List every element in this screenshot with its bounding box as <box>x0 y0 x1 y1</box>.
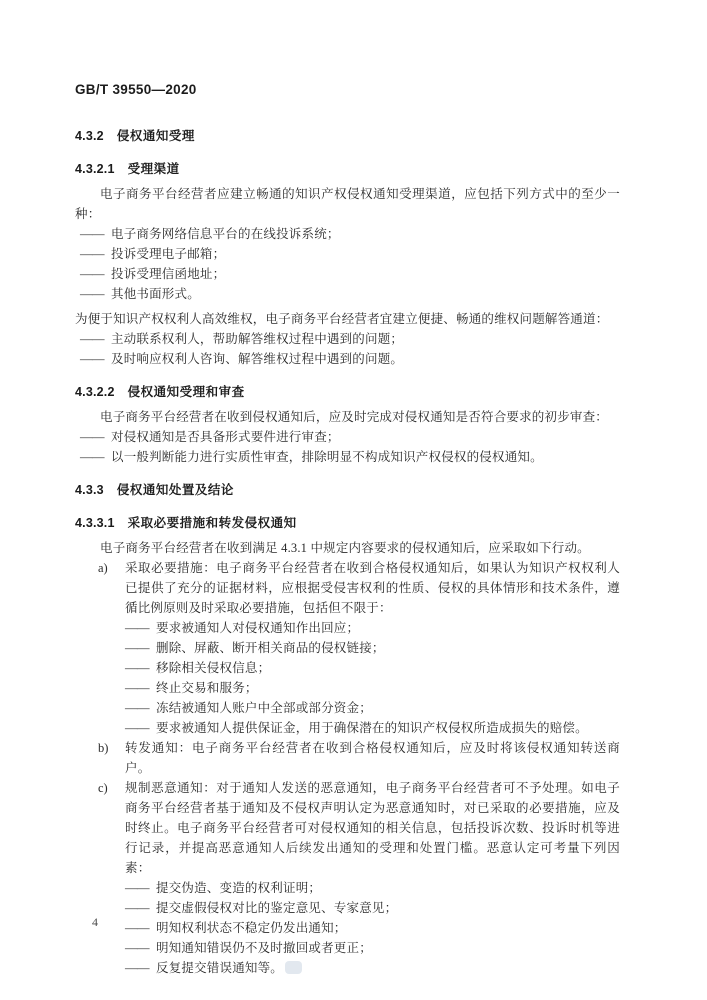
dash-prefix: —— <box>125 661 149 675</box>
paragraph-channels-intro: 电子商务平台经营者应建立畅通的知识产权侵权通知受理渠道，应包括下列方式中的至少一… <box>75 184 620 224</box>
section-heading-4-3-3: 4.3.3侵权通知处置及结论 <box>75 480 620 500</box>
list-item-text: 冻结被通知人账户中全部或部分资金； <box>156 701 372 715</box>
list-item-text: 投诉受理电子邮箱； <box>111 247 225 261</box>
section-number: 4.3.2.1 <box>75 162 115 176</box>
list-item: ——提交虚假侵权对比的鉴定意见、专家意见； <box>75 898 620 918</box>
dash-prefix: —— <box>80 332 104 346</box>
standard-code-header: GB/T 39550—2020 <box>75 80 620 100</box>
ordered-item-label: c) <box>98 778 125 878</box>
list-item: ——电子商务网络信息平台的在线投诉系统； <box>75 224 620 244</box>
list-item-text: 主动联系权利人，帮助解答维权过程中遇到的问题； <box>111 332 403 346</box>
dash-prefix: —— <box>80 287 104 301</box>
section-heading-4-3-2-2: 4.3.2.2侵权通知受理和审查 <box>75 382 620 402</box>
dash-prefix: —— <box>125 921 149 935</box>
list-item-text: 终止交易和服务； <box>156 681 258 695</box>
list-item: ——明知通知错误仍不及时撤回或者更正； <box>75 938 620 958</box>
list-item-text: 对侵权通知是否具备形式要件进行审查； <box>111 430 340 444</box>
paragraph-review-intro: 电子商务平台经营者在收到侵权通知后，应及时完成对侵权通知是否符合要求的初步审查： <box>75 407 620 427</box>
list-item: ——明知权利状态不稳定仍发出通知； <box>75 918 620 938</box>
ordered-item-a: a) 采取必要措施：电子商务平台经营者在收到合格侵权通知后，如果认为知识产权权利… <box>75 558 620 618</box>
dash-prefix: —— <box>125 941 149 955</box>
list-item: ——终止交易和服务； <box>75 678 620 698</box>
list-item: ——反复提交错误通知等。 <box>75 958 620 978</box>
section-heading-4-3-3-1: 4.3.3.1采取必要措施和转发侵权通知 <box>75 513 620 533</box>
section-number: 4.3.3.1 <box>75 516 115 530</box>
ordered-item-c: c) 规制恶意通知：对于通知人发送的恶意通知，电子商务平台经营者可不予处理。如电… <box>75 778 620 878</box>
list-item-text: 删除、屏蔽、断开相关商品的侵权链接； <box>156 641 385 655</box>
list-item-text: 反复提交错误通知等。 <box>156 961 283 975</box>
list-item: ——投诉受理电子邮箱； <box>75 244 620 264</box>
dash-prefix: —— <box>125 641 149 655</box>
dash-prefix: —— <box>80 430 104 444</box>
dash-prefix: —— <box>125 681 149 695</box>
list-item-text: 明知权利状态不稳定仍发出通知； <box>156 921 347 935</box>
section-number: 4.3.2.2 <box>75 385 115 399</box>
dash-prefix: —— <box>125 621 149 635</box>
dash-prefix: —— <box>80 247 104 261</box>
list-item: ——以一般判断能力进行实质性审查，排除明显不构成知识产权侵权的侵权通知。 <box>75 447 620 467</box>
list-item-text: 提交虚假侵权对比的鉴定意见、专家意见； <box>156 901 397 915</box>
list-item-text: 投诉受理信函地址； <box>111 267 225 281</box>
list-item-text: 要求被通知人提供保证金，用于确保潜在的知识产权侵权所造成损失的赔偿。 <box>156 721 588 735</box>
list-item: ——及时响应权利人咨询、解答维权过程中遇到的问题。 <box>75 349 620 369</box>
ordered-item-text: 规制恶意通知：对于通知人发送的恶意通知，电子商务平台经营者可不予处理。如电子商务… <box>125 778 620 878</box>
dash-prefix: —— <box>80 450 104 464</box>
list-item-text: 及时响应权利人咨询、解答维权过程中遇到的问题。 <box>111 352 403 366</box>
dash-prefix: —— <box>125 961 149 975</box>
list-item-text: 明知通知错误仍不及时撤回或者更正； <box>156 941 372 955</box>
list-item: ——冻结被通知人账户中全部或部分资金； <box>75 698 620 718</box>
list-item-text: 以一般判断能力进行实质性审查，排除明显不构成知识产权侵权的侵权通知。 <box>111 450 543 464</box>
ordered-item-text: 采取必要措施：电子商务平台经营者在收到合格侵权通知后，如果认为知识产权权利人已提… <box>125 558 620 618</box>
list-item: ——要求被通知人对侵权通知作出回应； <box>75 618 620 638</box>
list-item: ——提交伪造、变造的权利证明； <box>75 878 620 898</box>
list-item: ——投诉受理信函地址； <box>75 264 620 284</box>
dash-prefix: —— <box>80 352 104 366</box>
list-item-text: 要求被通知人对侵权通知作出回应； <box>156 621 359 635</box>
list-item-text: 移除相关侵权信息； <box>156 661 270 675</box>
dash-prefix: —— <box>125 721 149 735</box>
ordered-item-b: b) 转发通知：电子商务平台经营者在收到合格侵权通知后，应及时将该侵权通知转送商… <box>75 738 620 778</box>
list-item-text: 其他书面形式。 <box>111 287 200 301</box>
ordered-item-text: 转发通知：电子商务平台经营者在收到合格侵权通知后，应及时将该侵权通知转送商户。 <box>125 738 620 778</box>
list-item-text: 提交伪造、变造的权利证明； <box>156 881 321 895</box>
ordered-item-label: a) <box>98 558 125 618</box>
list-item: ——其他书面形式。 <box>75 284 620 304</box>
list-item: ——移除相关侵权信息； <box>75 658 620 678</box>
list-item: ——删除、屏蔽、断开相关商品的侵权链接； <box>75 638 620 658</box>
dash-prefix: —— <box>80 267 104 281</box>
ordered-item-label: b) <box>98 738 125 778</box>
dash-prefix: —— <box>80 227 104 241</box>
section-heading-4-3-2: 4.3.2侵权通知受理 <box>75 126 620 146</box>
list-item-text: 电子商务网络信息平台的在线投诉系统； <box>111 227 340 241</box>
list-item: ——要求被通知人提供保证金，用于确保潜在的知识产权侵权所造成损失的赔偿。 <box>75 718 620 738</box>
section-title: 侵权通知受理 <box>117 129 195 143</box>
list-item: ——对侵权通知是否具备形式要件进行审查； <box>75 427 620 447</box>
section-title: 采取必要措施和转发侵权通知 <box>128 516 297 530</box>
document-page: GB/T 39550—2020 4.3.2侵权通知受理 4.3.2.1受理渠道 … <box>0 0 707 1000</box>
section-heading-4-3-2-1: 4.3.2.1受理渠道 <box>75 159 620 179</box>
section-number: 4.3.2 <box>75 129 104 143</box>
page-number: 4 <box>92 912 98 932</box>
section-title: 侵权通知受理和审查 <box>128 385 245 399</box>
paragraph-qa-intro: 为便于知识产权权利人高效维权，电子商务平台经营者宜建立便捷、畅通的维权问题解答通… <box>75 309 620 329</box>
scan-smudge <box>285 961 302 974</box>
section-number: 4.3.3 <box>75 483 104 497</box>
dash-prefix: —— <box>125 701 149 715</box>
section-title: 受理渠道 <box>128 162 180 176</box>
list-item: ——主动联系权利人，帮助解答维权过程中遇到的问题； <box>75 329 620 349</box>
paragraph-actions-intro: 电子商务平台经营者在收到满足 4.3.1 中规定内容要求的侵权通知后，应采取如下… <box>75 538 620 558</box>
dash-prefix: —— <box>125 901 149 915</box>
section-title: 侵权通知处置及结论 <box>117 483 234 497</box>
dash-prefix: —— <box>125 881 149 895</box>
